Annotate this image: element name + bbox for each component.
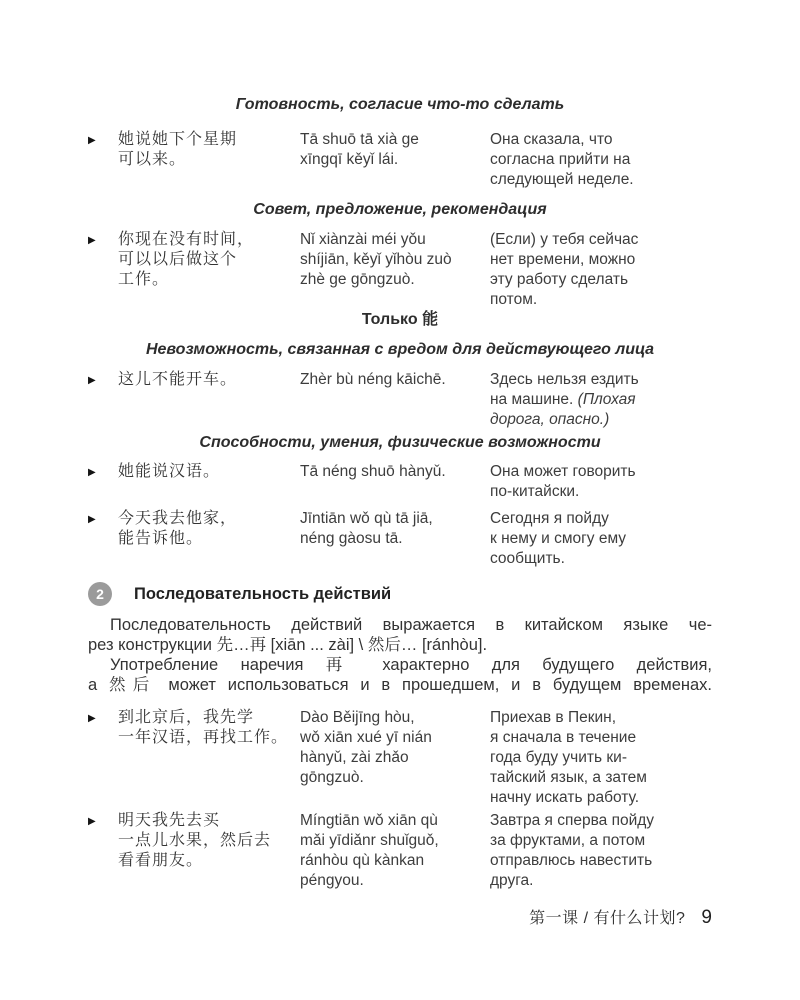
pinyin-text: Tā néng shuō hànyǔ.: [300, 462, 490, 502]
chinese-text: 今天我去他家，能告诉他。: [118, 509, 300, 569]
russian-translation: (Если) у тебя сейчаснет времени, можноэт…: [490, 230, 712, 310]
triangle-bullet-icon: ▶: [88, 130, 118, 190]
russian-italic-note: (Плохая: [578, 391, 636, 408]
russian-translation: Она может говоритьпо-китайски.: [490, 462, 712, 502]
example-row: ▶ 这儿不能开车。 Zhèr bù néng kāichē. Здесь нел…: [88, 370, 712, 430]
pinyin-text: Míngtiān wǒ xiān qùmǎi yīdiǎnr shuǐguǒ,r…: [300, 811, 490, 891]
section-title: Последовательность действий: [134, 582, 391, 606]
chinese-text: 明天我先去买一点儿水果，然后去看看朋友。: [118, 811, 300, 891]
heading-neng-character: 能: [422, 311, 438, 328]
russian-line: Здесь нельзя ездить: [490, 371, 639, 388]
triangle-bullet-icon: ▶: [88, 811, 118, 891]
chinese-text: 你现在没有时间，可以以后做这个工作。: [118, 230, 300, 310]
russian-translation: Завтра я сперва пойдуза фруктами, а пото…: [490, 811, 712, 891]
section-number-badge: 2: [88, 582, 112, 606]
chinese-text: 她说她下个星期可以来。: [118, 130, 300, 190]
chinese-text: 到北京后，我先学一年汉语，再找工作。: [118, 708, 300, 808]
russian-translation: Она сказала, чтосогласна прийти наследую…: [490, 130, 712, 190]
example-row: ▶ 你现在没有时间，可以以后做这个工作。 Nǐ xiànzài méi yǒus…: [88, 230, 712, 310]
russian-line: на машине.: [490, 391, 578, 408]
triangle-bullet-icon: ▶: [88, 370, 118, 430]
pinyin-text: Zhèr bù néng kāichē.: [300, 370, 490, 430]
subheading-advice: Совет, предложение, рекомендация: [88, 200, 712, 220]
chinese-text: 她能说汉语。: [118, 462, 300, 502]
paragraph-line: рез конструкции 先…再 [xiān ... zài] \ 然后……: [88, 635, 712, 655]
paragraph-line: Последовательность действий выражается в…: [88, 615, 712, 635]
textbook-page: Готовность, согласие что-то сделать ▶ 她说…: [0, 0, 800, 1000]
pinyin-text: Jīntiān wǒ qù tā jiā,néng gàosu tā.: [300, 509, 490, 569]
subheading-impossibility: Невозможность, связанная с вредом для де…: [88, 340, 712, 360]
russian-translation: Приехав в Пекин,я сначала в течениегода …: [490, 708, 712, 808]
example-row: ▶ 今天我去他家，能告诉他。 Jīntiān wǒ qù tā jiā,néng…: [88, 509, 712, 569]
triangle-bullet-icon: ▶: [88, 708, 118, 808]
chapter-title: 第一课 / 有什么计划?: [529, 908, 685, 930]
heading-only-neng: Только 能: [88, 310, 712, 330]
paragraph-line: а 然后 может использоваться и в прошедшем,…: [88, 675, 712, 695]
paragraph-line: Употребление наречия 再 характерно для бу…: [88, 655, 712, 675]
triangle-bullet-icon: ▶: [88, 509, 118, 569]
russian-translation: Здесь нельзя ездить на машине. (Плохая д…: [490, 370, 712, 430]
subheading-abilities: Способности, умения, физические возможно…: [88, 433, 712, 453]
example-row: ▶ 她说她下个星期可以来。 Tā shuō tā xià gexīngqī kě…: [88, 130, 712, 190]
page-number: 9: [701, 907, 712, 929]
example-row: ▶ 明天我先去买一点儿水果，然后去看看朋友。 Míngtiān wǒ xiān …: [88, 811, 712, 891]
triangle-bullet-icon: ▶: [88, 230, 118, 310]
page-footer: 第一课 / 有什么计划? 9: [88, 907, 712, 930]
example-row: ▶ 到北京后，我先学一年汉语，再找工作。 Dào Běijīng hòu,wǒ …: [88, 708, 712, 808]
heading-only-label: Только: [362, 311, 418, 328]
pinyin-text: Tā shuō tā xià gexīngqī kěyǐ lái.: [300, 130, 490, 190]
section-2-header: 2 Последовательность действий: [88, 582, 712, 606]
chinese-text: 这儿不能开车。: [118, 370, 300, 430]
example-row: ▶ 她能说汉语。 Tā néng shuō hànyǔ. Она может г…: [88, 462, 712, 502]
triangle-bullet-icon: ▶: [88, 462, 118, 502]
pinyin-text: Dào Běijīng hòu,wǒ xiān xué yī niánhànyǔ…: [300, 708, 490, 808]
subheading-readiness: Готовность, согласие что-то сделать: [88, 95, 712, 115]
russian-italic-note: дорога, опасно.): [490, 411, 609, 428]
russian-translation: Сегодня я пойдук нему и смогу емусообщит…: [490, 509, 712, 569]
grammar-explanation: Последовательность действий выражается в…: [88, 615, 712, 695]
pinyin-text: Nǐ xiànzài méi yǒushíjiān, kěyǐ yǐhòu zu…: [300, 230, 490, 310]
